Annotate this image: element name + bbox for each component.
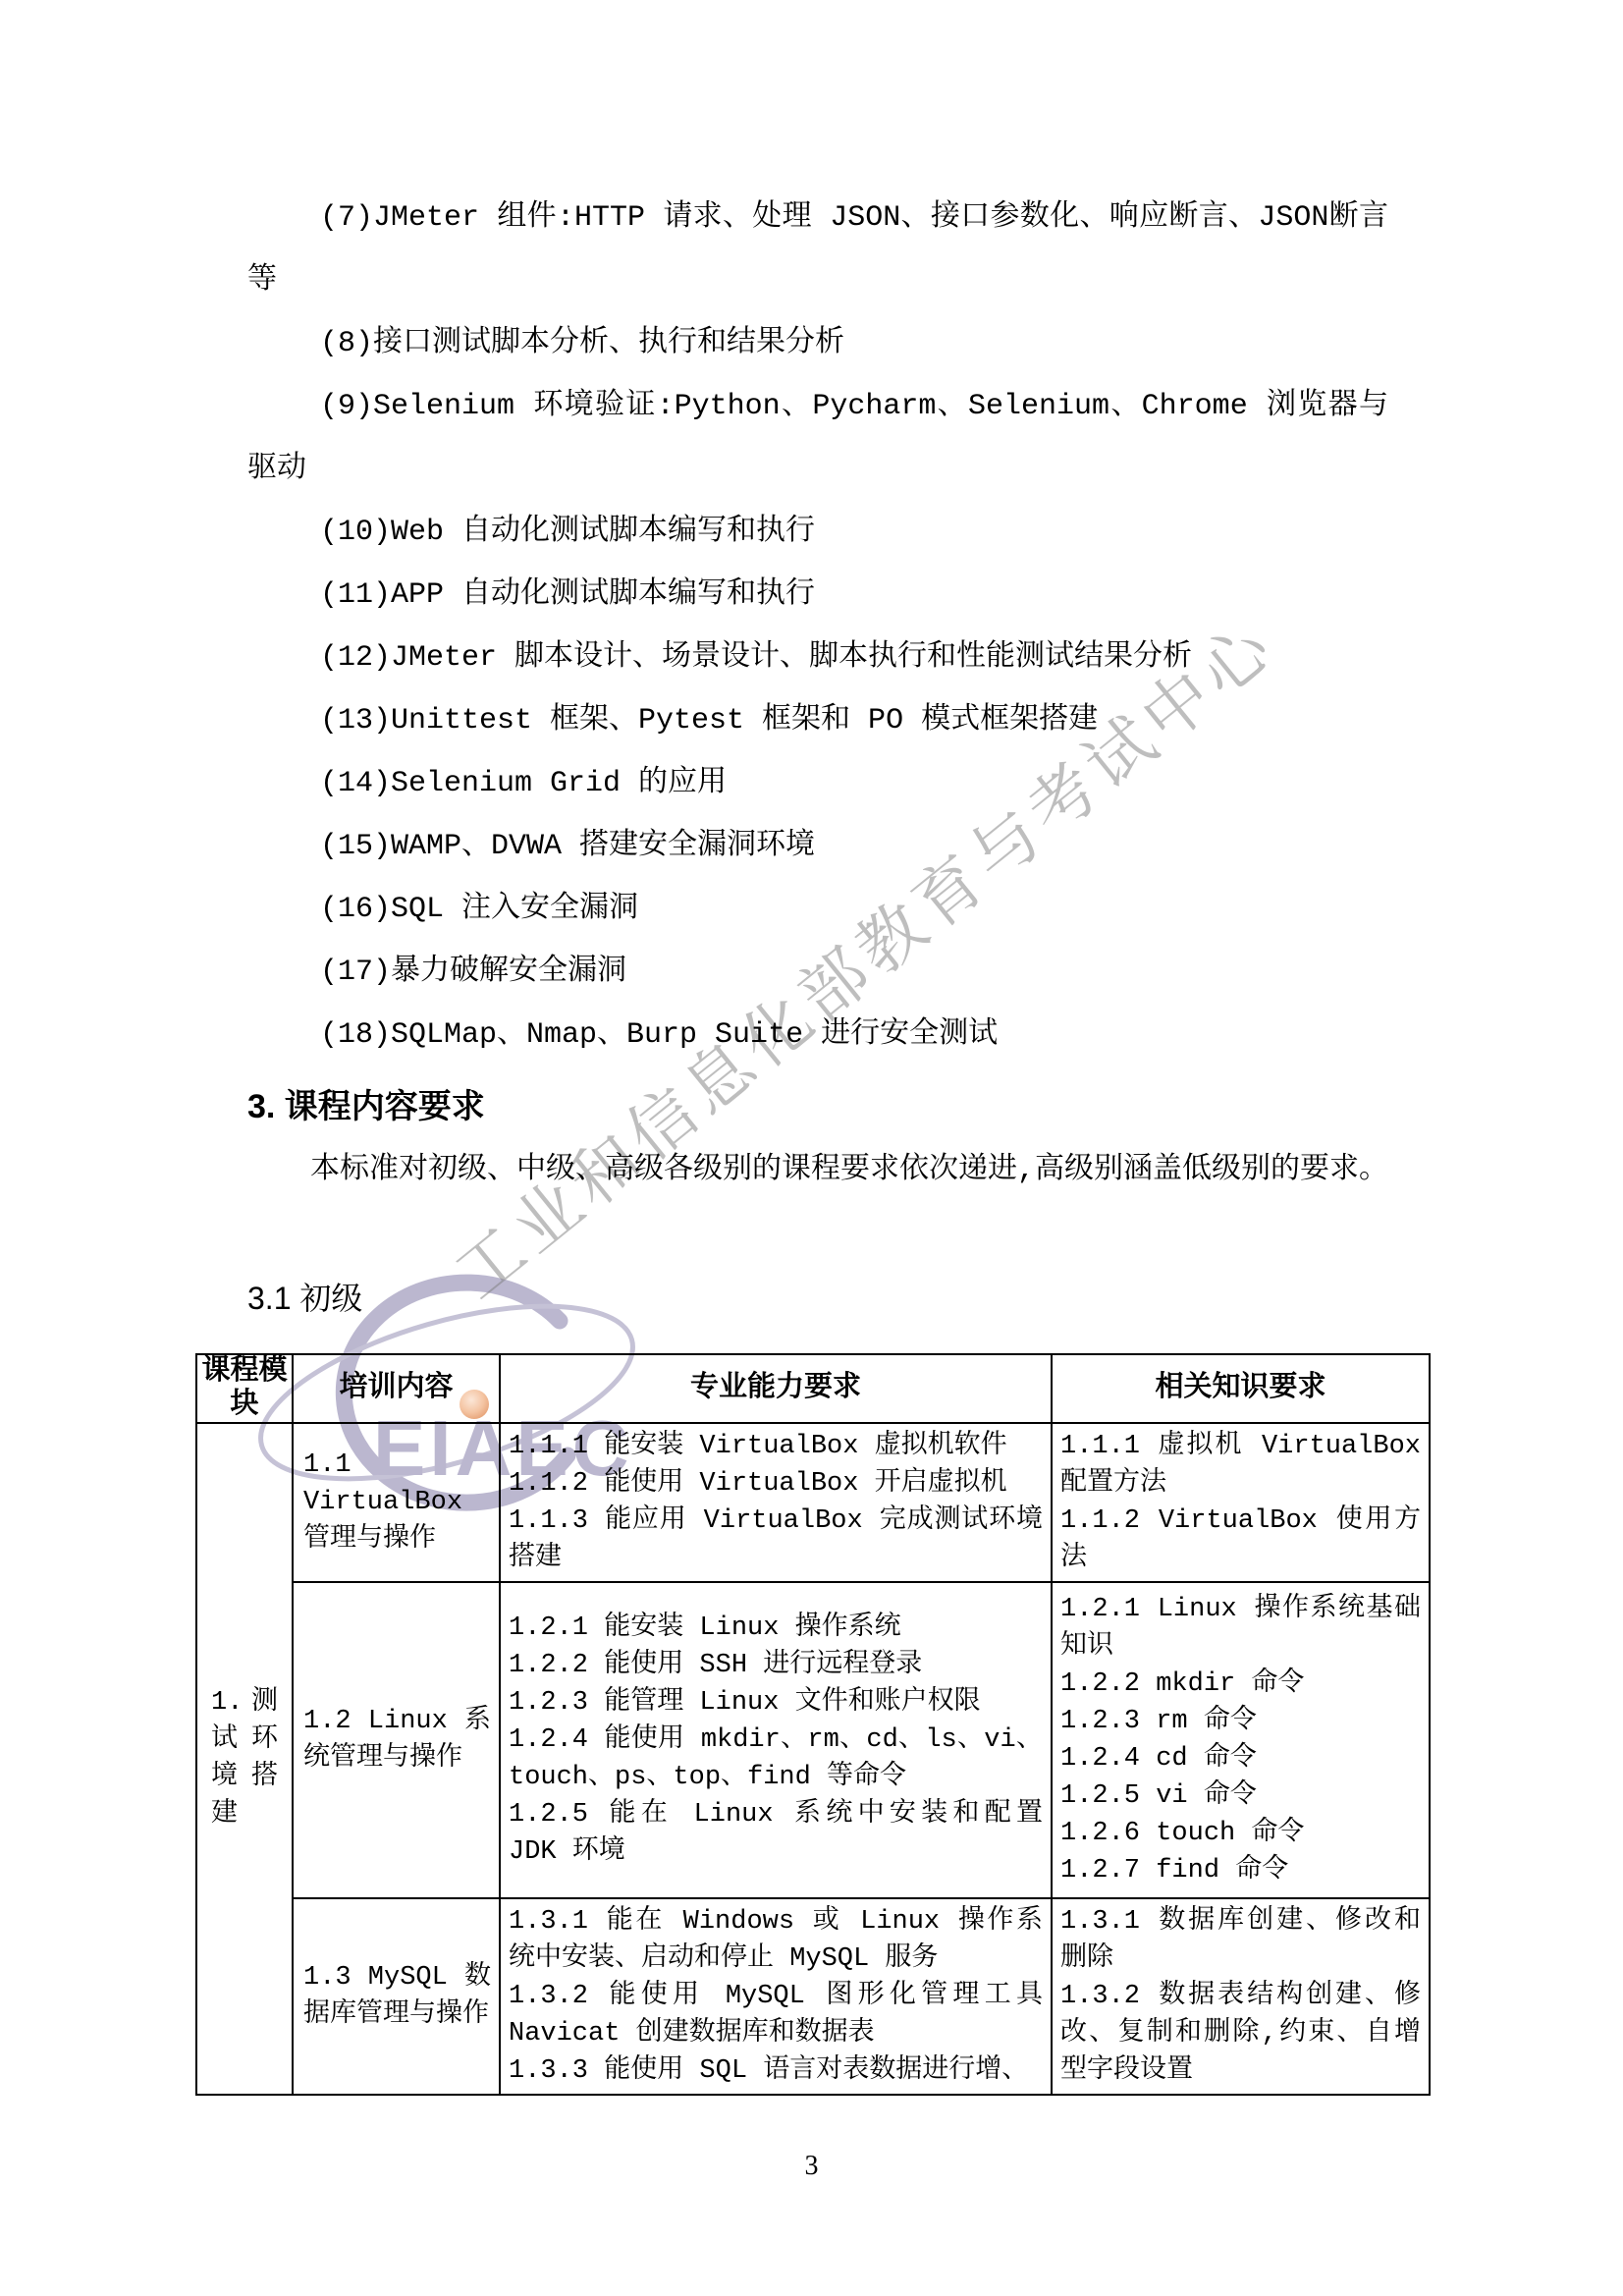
requirement-line: 1.3.2 能使用 MySQL 图形化管理工具 Navicat 创建数据库和数据… (509, 1978, 1043, 2052)
section-paragraph: 本标准对初级、中级、高级各级别的课程要求依次递进,高级别涵盖低级别的要求。 (247, 1139, 1388, 1202)
list-item: (9)Selenium 环境验证:Python、Pycharm、Selenium… (247, 375, 1388, 501)
list-item: (10)Web 自动化测试脚本编写和执行 (247, 501, 1388, 564)
table-cell: 1.2.1 能安装 Linux 操作系统1.2.2 能使用 SSH 进行远程登录… (500, 1582, 1052, 1898)
header-knowledge-requirements: 相关知识要求 (1052, 1354, 1430, 1423)
requirement-line: 1.2.7 find 命令 (1060, 1852, 1421, 1889)
requirement-line: 1.2.2 mkdir 命令 (1060, 1666, 1421, 1703)
training-content-cell: 1.3 MySQL 数据库管理与操作 (293, 1898, 500, 2095)
list-item: (13)Unittest 框架、Pytest 框架和 PO 模式框架搭建 (247, 689, 1388, 752)
list-item: (17)暴力破解安全漏洞 (247, 941, 1388, 1004)
list-item: (16)SQL 注入安全漏洞 (247, 878, 1388, 941)
header-course-module: 课程模块 (196, 1354, 293, 1423)
list-item: (18)SQLMap、Nmap、Burp Suite 进行安全测试 (247, 1004, 1388, 1066)
table-row: 1.3 MySQL 数据库管理与操作1.3.1 能在 Windows 或 Lin… (196, 1898, 1430, 2095)
table-row: 1.2 Linux 系统管理与操作1.2.1 能安装 Linux 操作系统1.2… (196, 1582, 1430, 1898)
list-item: (8)接口测试脚本分析、执行和结果分析 (247, 312, 1388, 375)
requirement-line: 1.1.3 能应用 VirtualBox 完成测试环境搭建 (509, 1503, 1043, 1577)
subsection-heading: 3.1 初级 (247, 1267, 1388, 1330)
requirement-line: 1.2.4 能使用 mkdir、rm、cd、ls、vi、touch、ps、top… (509, 1722, 1043, 1796)
requirement-line: 1.2.5 能在 Linux 系统中安装和配置 JDK 环境 (509, 1796, 1043, 1871)
section-heading: 3. 课程内容要求 (247, 1075, 1388, 1138)
requirement-line: 1.2.4 cd 命令 (1060, 1740, 1421, 1777)
training-content-cell: 1.2 Linux 系统管理与操作 (293, 1582, 500, 1898)
training-content-cell: 1.1 VirtualBox 管理与操作 (293, 1423, 500, 1582)
table-header-row: 课程模块 培训内容 专业能力要求 相关知识要求 (196, 1354, 1430, 1423)
requirement-line: 1.3.1 数据库创建、修改和删除 (1060, 1903, 1421, 1978)
header-ability-requirements: 专业能力要求 (500, 1354, 1052, 1423)
requirement-line: 1.2.3 能管理 Linux 文件和账户权限 (509, 1684, 1043, 1722)
requirement-line: 1.1.1 虚拟机 VirtualBox 配置方法 (1060, 1428, 1421, 1503)
requirement-line: 1.3.2 数据表结构创建、修改、复制和删除,约束、自增型字段设置 (1060, 1978, 1421, 2090)
requirement-line: 1.1.2 VirtualBox 使用方法 (1060, 1503, 1421, 1577)
document-content: (7)JMeter 组件:HTTP 请求、处理 JSON、接口参数化、响应断言、… (0, 0, 1623, 2296)
requirement-line: 1.1.2 能使用 VirtualBox 开启虚拟机 (509, 1465, 1043, 1503)
table-cell: 1.3.1 数据库创建、修改和删除1.3.2 数据表结构创建、修改、复制和删除,… (1052, 1898, 1430, 2095)
requirement-line: 1.2.1 Linux 操作系统基础知识 (1060, 1591, 1421, 1666)
requirement-line: 1.2.1 能安装 Linux 操作系统 (509, 1610, 1043, 1647)
document-page: { "watermark": { "text": "工业和信息化部教育与考试中心… (0, 0, 1623, 2296)
requirement-line: 1.2.6 touch 命令 (1060, 1815, 1421, 1852)
list-item: (14)Selenium Grid 的应用 (247, 752, 1388, 815)
list-item: (7)JMeter 组件:HTTP 请求、处理 JSON、接口参数化、响应断言、… (247, 187, 1388, 312)
requirement-line: 1.3.3 能使用 SQL 语言对表数据进行增、 (509, 2052, 1043, 2090)
table-cell: 1.1.1 能安装 VirtualBox 虚拟机软件1.1.2 能使用 Virt… (500, 1423, 1052, 1582)
requirement-line: 1.2.3 rm 命令 (1060, 1703, 1421, 1740)
requirement-line: 1.2.5 vi 命令 (1060, 1777, 1421, 1815)
requirement-line: 1.1.1 能安装 VirtualBox 虚拟机软件 (509, 1428, 1043, 1465)
list-item: (12)JMeter 脚本设计、场景设计、脚本执行和性能测试结果分析 (247, 627, 1388, 689)
requirement-line: 1.2.2 能使用 SSH 进行远程登录 (509, 1647, 1043, 1684)
header-training-content: 培训内容 (293, 1354, 500, 1423)
list-item: (11)APP 自动化测试脚本编写和执行 (247, 564, 1388, 627)
requirement-line: 1.3.1 能在 Windows 或 Linux 操作系统中安装、启动和停止 M… (509, 1903, 1043, 1978)
table-cell: 1.2.1 Linux 操作系统基础知识1.2.2 mkdir 命令1.2.3 … (1052, 1582, 1430, 1898)
numbered-list: (7)JMeter 组件:HTTP 请求、处理 JSON、接口参数化、响应断言、… (247, 187, 1388, 1066)
table-row: 1.测试环境搭建1.1 VirtualBox 管理与操作1.1.1 能安装 Vi… (196, 1423, 1430, 1582)
page-number: 3 (0, 2151, 1623, 2182)
list-item: (15)WAMP、DVWA 搭建安全漏洞环境 (247, 815, 1388, 878)
table-cell: 1.1.1 虚拟机 VirtualBox 配置方法1.1.2 VirtualBo… (1052, 1423, 1430, 1582)
table-cell: 1.3.1 能在 Windows 或 Linux 操作系统中安装、启动和停止 M… (500, 1898, 1052, 2095)
module-cell: 1.测试环境搭建 (196, 1423, 293, 2095)
requirements-table: 课程模块 培训内容 专业能力要求 相关知识要求 1.测试环境搭建1.1 Virt… (195, 1353, 1431, 2096)
